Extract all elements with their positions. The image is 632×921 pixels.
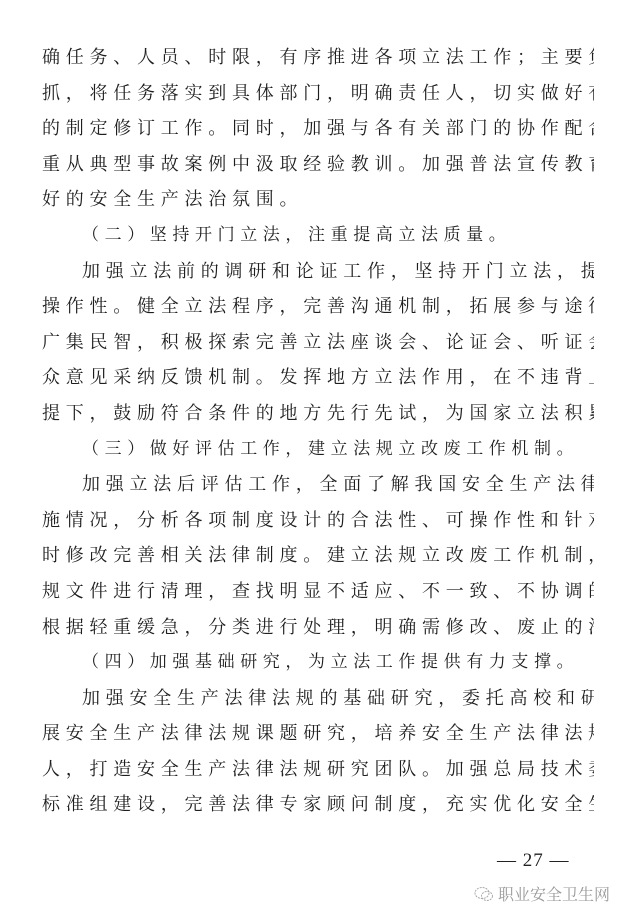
text-line: 的制定修订工作。同时，加强与各有关部门的协作配合，尤其要注 — [42, 111, 594, 147]
text-line: 抓，将任务落实到具体部门，明确责任人，切实做好有关立法项目 — [42, 76, 594, 112]
text-line: 操作性。健全立法程序，完善沟通机制，拓展参与途径，广纳民意、 — [42, 289, 594, 325]
section-heading-2: （二）坚持开门立法，注重提高立法质量。 — [42, 218, 594, 254]
section-heading-4: （四）加强基础研究，为立法工作提供有力支撑。 — [42, 645, 594, 681]
text-line: 加强安全生产法律法规的基础研究，委托高校和研究机构开 — [42, 681, 594, 717]
text-line: 好的安全生产法治氛围。 — [42, 182, 594, 218]
text-line: 加强立法前的调研和论证工作，坚持开门立法，提高立法的可 — [42, 254, 594, 290]
text-line: 确任务、人员、时限，有序推进各项立法工作；主要负责同志要亲自 — [42, 40, 594, 76]
text-line: 加强立法后评估工作，全面了解我国安全生产法律法规的实 — [42, 467, 594, 503]
text-line: 规文件进行清理，查找明显不适应、不一致、不协调的突出问题，再 — [42, 574, 594, 610]
watermark: 职业安全卫生网 — [474, 882, 610, 905]
text-line: 提下，鼓励符合条件的地方先行先试，为国家立法积累经验。 — [42, 396, 594, 432]
text-line: 标准组建设，完善法律专家顾问制度，充实优化安全生产法律专家 — [42, 787, 594, 823]
text-line: 广集民智，积极探索完善立法座谈会、论证会、听证会机制，建立公 — [42, 325, 594, 361]
wechat-icon — [474, 886, 494, 902]
document-page: 确任务、人员、时限，有序推进各项立法工作；主要负责同志要亲自 抓，将任务落实到具… — [42, 40, 594, 823]
text-line: 时修改完善相关法律制度。建立法规立改废工作机制，定期对法 — [42, 538, 594, 574]
watermark-text: 职业安全卫生网 — [498, 882, 610, 905]
text-line: 重从典型事故案例中汲取经验教训。加强普法宣传教育，营造良 — [42, 147, 594, 183]
text-line: 根据轻重缓急，分类进行处理，明确需修改、废止的法规。 — [42, 610, 594, 646]
text-line: 人，打造安全生产法律法规研究团队。加强总局技术委员会法规 — [42, 752, 594, 788]
text-line: 展安全生产法律法规课题研究，培养安全生产法律法规学术带头 — [42, 716, 594, 752]
section-heading-3: （三）做好评估工作，建立法规立改废工作机制。 — [42, 432, 594, 468]
page-number: — 27 — — [497, 850, 570, 872]
text-line: 施情况，分析各项制度设计的合法性、可操作性和针对性，以便及 — [42, 503, 594, 539]
text-line: 众意见采纳反馈机制。发挥地方立法作用，在不违背上位法的前 — [42, 360, 594, 396]
